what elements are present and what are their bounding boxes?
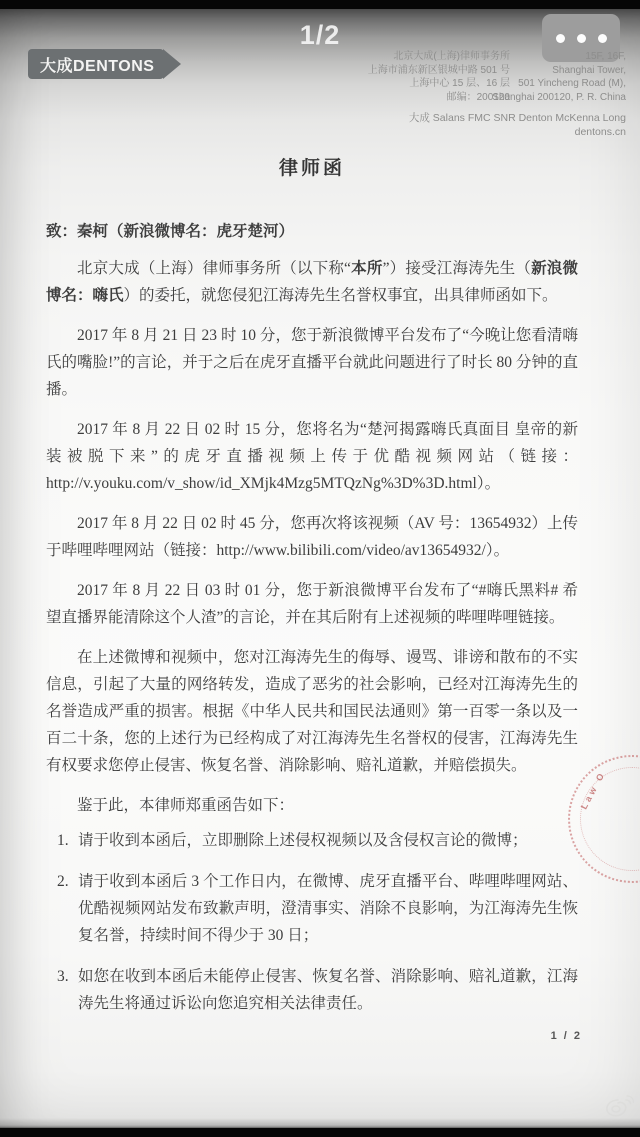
paragraph-legal-basis: 在上述微博和视频中，您对江海涛先生的侮辱、谩骂、诽谤和散布的不实信息，引起了大量… xyxy=(46,644,578,779)
law-firm-seal: Law O xyxy=(568,755,640,883)
tagline-text: 大成 Salans FMC SNR Denton McKenna Long xyxy=(409,111,626,125)
paragraph-text: ”）接受江海涛先生（ xyxy=(383,260,531,277)
bold-term: 本所 xyxy=(351,260,383,277)
address-en-line: 15F, 16F, xyxy=(492,50,626,64)
page-number: 1 / 2 xyxy=(551,1030,582,1042)
weibo-watermark-icon xyxy=(604,1092,634,1125)
demand-text: 请于收到本函后，立即删除上述侵权视频以及含侵权言论的微博； xyxy=(78,832,528,849)
address-cn-line: 北京大成(上海)律师事务所 xyxy=(368,50,510,64)
demand-number: 2. xyxy=(57,868,69,895)
paragraph-youku-upload: 2017 年 8 月 22 日 02 时 15 分，您将名为“楚河揭露嗨氏真面目… xyxy=(46,416,578,497)
paragraph-text: 北京大成（上海）律师事务所（以下称“ xyxy=(77,260,351,277)
dentons-logo-text: 大成DENTONS xyxy=(40,53,154,76)
paragraph-engagement: 北京大成（上海）律师事务所（以下称“本所”）接受江海涛先生（新浪微博名：嗨氏）的… xyxy=(46,255,578,309)
demand-item: 3. 如您在收到本函后未能停止侵害、恢复名誉、消除影响、赔礼道歉，江海涛先生将通… xyxy=(78,963,578,1017)
demand-number: 1. xyxy=(57,827,69,854)
seal-inner-ring xyxy=(580,767,640,871)
demand-item: 2. 请于收到本函后 3 个工作日内，在微博、虎牙直播平台、哔哩哔哩网站、优酷视… xyxy=(78,868,578,949)
address-cn-line: 上海中心 15 层、16 层 xyxy=(368,77,510,91)
top-black-bar xyxy=(0,0,640,9)
firm-tagline: 大成 Salans FMC SNR Denton McKenna Long de… xyxy=(409,111,626,139)
address-en-line: Shanghai 200120, P. R. China xyxy=(492,91,626,105)
paragraph-text: ）的委托，就您侵犯江海涛先生名誉权事宜，出具律师函如下。 xyxy=(124,287,558,304)
address-en-line: 501 Yincheng Road (M), xyxy=(492,77,626,91)
recipient-line: 致：秦柯（新浪微博名：虎牙楚河） xyxy=(46,218,578,245)
website-text: dentons.cn xyxy=(409,125,626,139)
demand-list: 1. 请于收到本函后，立即删除上述侵权视频以及含侵权言论的微博； 2. 请于收到… xyxy=(46,827,578,1017)
address-cn-line: 上海市浦东新区银城中路 501 号 xyxy=(368,64,510,78)
address-en-line: Shanghai Tower, xyxy=(492,64,626,78)
demand-number: 3. xyxy=(57,963,69,990)
letter-title: 律师函 xyxy=(46,155,578,182)
paragraph-weibo-post: 2017 年 8 月 21 日 23 时 10 分，您于新浪微博平台发布了“今晚… xyxy=(46,322,578,403)
ellipsis-icon xyxy=(556,34,607,43)
demands-intro: 鉴于此，本律师郑重函告如下： xyxy=(46,792,578,819)
bottom-black-bar xyxy=(0,1128,640,1137)
address-english: 15F, 16F, Shanghai Tower, 501 Yincheng R… xyxy=(492,50,626,104)
paragraph-hashtag-post: 2017 年 8 月 22 日 03 时 01 分，您于新浪微博平台发布了“#嗨… xyxy=(46,577,578,631)
letter-body: 律师函 致：秦柯（新浪微博名：虎牙楚河） 北京大成（上海）律师事务所（以下称“本… xyxy=(46,155,578,1031)
paragraph-bilibili-upload: 2017 年 8 月 22 日 02 时 45 分，您再次将该视频（AV 号：1… xyxy=(46,510,578,564)
demand-text: 如您在收到本函后未能停止侵害、恢复名誉、消除影响、赔礼道歉，江海涛先生将通过诉讼… xyxy=(78,968,578,1012)
address-chinese: 北京大成(上海)律师事务所 上海市浦东新区银城中路 501 号 上海中心 15 … xyxy=(368,50,510,104)
address-cn-line: 邮编：200120 xyxy=(368,91,510,105)
dentons-logo: 大成DENTONS xyxy=(28,49,164,79)
demand-text: 请于收到本函后 3 个工作日内，在微博、虎牙直播平台、哔哩哔哩网站、优酷视频网站… xyxy=(78,873,578,944)
demand-item: 1. 请于收到本函后，立即删除上述侵权视频以及含侵权言论的微博； xyxy=(78,827,578,854)
